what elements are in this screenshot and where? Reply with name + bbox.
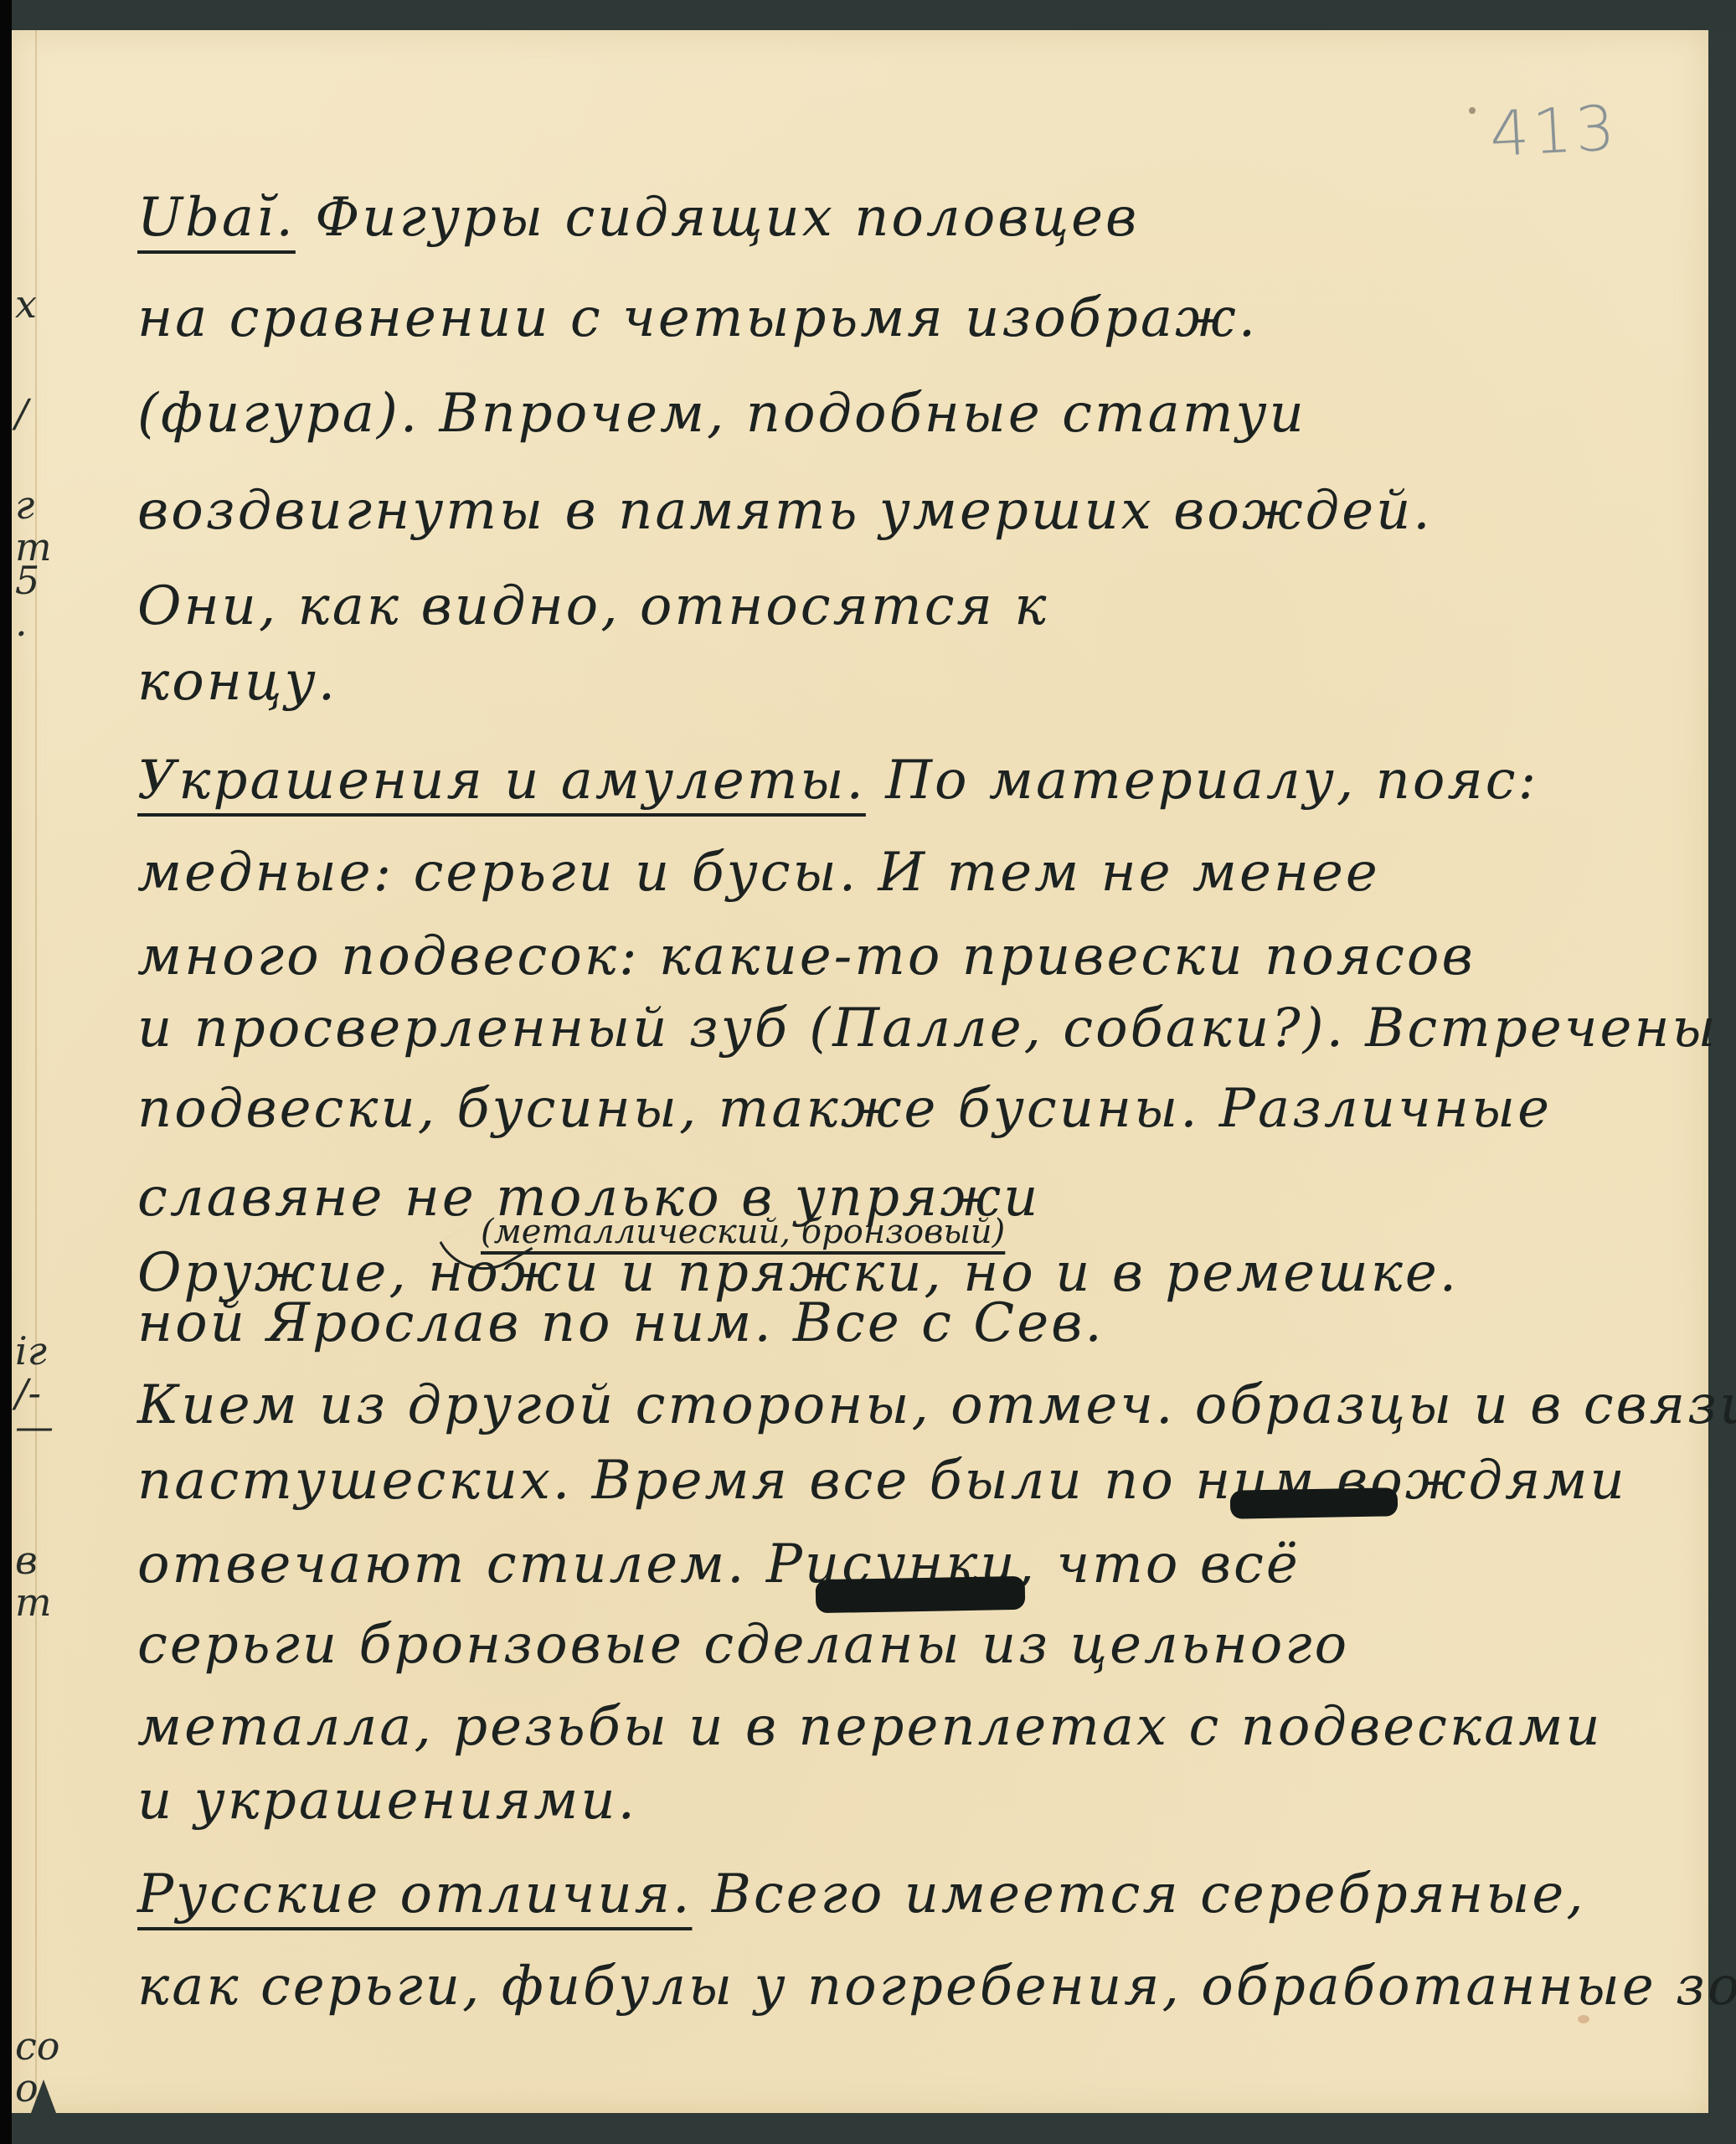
section-heading: Украшения и амулеты. [137, 750, 866, 812]
text-line: Ubaĭ. Фигуры сидящих половцев [137, 191, 1712, 245]
text-line: Украшения и амулеты. По материалу, пояс: [137, 754, 1712, 807]
interlinear-insertion: (металлический, бронзовый) [481, 1213, 1005, 1251]
text-line: подвески, бусины, также бусины. Различны… [137, 1082, 1712, 1136]
text-line: медные: серьги и бусы. И тем не менее [137, 846, 1712, 899]
line-text: Всего имеется серебряные, [712, 1863, 1586, 1925]
text-line: пастушеских. Время все были по ним вождя… [137, 1454, 1712, 1507]
text-line: на сравнении с четырьмя изображ. [137, 291, 1712, 345]
text-line: серьги бронзовые сделаны из цельного [137, 1618, 1712, 1672]
section-heading: Русские отличия. [137, 1863, 692, 1925]
text-line: воздвигнуты в память умерших вождей. [137, 484, 1712, 538]
handwritten-text-block: Ubaĭ. Фигуры сидящих половцев на сравнен… [12, 30, 1708, 2113]
section-heading: Ubaĭ. [137, 187, 296, 249]
text-line: как серьги, фибулы у погребения, обработ… [137, 1960, 1712, 2013]
text-line: Они, как видно, относятся к [137, 580, 1712, 633]
text-line: Русские отличия. Всего имеется серебряны… [137, 1868, 1712, 1921]
text-line: (фигура). Впрочем, подобные статуи [137, 387, 1712, 441]
text-line: концу. [137, 655, 1712, 709]
text-line: и украшениями. [137, 1774, 1712, 1827]
text-line: металла, резьбы и в переплетах с подвеск… [137, 1700, 1712, 1754]
text-line: Кием из другой стороны, отмеч. образцы и… [137, 1379, 1712, 1432]
line-text: По материалу, пояс: [885, 750, 1538, 812]
line-text: Фигуры сидящих половцев [315, 187, 1139, 249]
manuscript-page: 413 х / г т 5 . іг /- — в т со о Ubaĭ. Ф… [12, 30, 1708, 2113]
text-line: много подвесок: какие-то привески поясов [137, 930, 1712, 983]
ink-strikeout [816, 1576, 1026, 1613]
scan-edge-left [0, 0, 12, 2144]
scan-background-top [12, 0, 1736, 30]
text-line: ной Ярослав по ним. Все с Сев. [137, 1296, 1712, 1350]
ink-strikeout [1230, 1487, 1399, 1518]
text-line: и просверленный зуб (Палле, собаки?). Вс… [137, 1002, 1712, 1055]
